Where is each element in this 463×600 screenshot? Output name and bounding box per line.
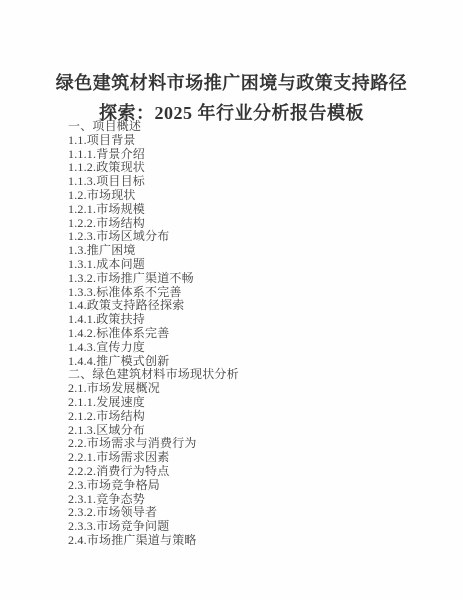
toc-item: 一、项目概述 [68,120,443,134]
toc-item: 2.2.2.消费行为特点 [68,465,443,479]
toc-item: 1.4.3.宣传力度 [68,341,443,355]
document-title-line1: 绿色建筑材料市场推广困境与政策支持路径 [0,68,463,98]
toc-item: 2.3.市场竞争格局 [68,479,443,493]
toc-item: 2.2.1.市场需求因素 [68,451,443,465]
toc-item: 1.3.1.成本问题 [68,258,443,272]
toc-item: 1.3.推广困境 [68,244,443,258]
toc-item: 1.3.2.市场推广渠道不畅 [68,272,443,286]
toc-item: 1.4.1.政策扶持 [68,313,443,327]
toc-item: 2.1.1.发展速度 [68,396,443,410]
toc-item: 1.4.2.标准体系完善 [68,327,443,341]
toc-item: 1.1.3.项目目标 [68,175,443,189]
toc-item: 1.2.市场现状 [68,189,443,203]
document-page: 绿色建筑材料市场推广困境与政策支持路径 探索：2025 年行业分析报告模板 一、… [0,0,463,600]
toc-item: 2.3.3.市场竞争问题 [68,520,443,534]
toc-item: 2.1.2.市场结构 [68,410,443,424]
toc-item: 1.2.1.市场规模 [68,203,443,217]
toc-item: 1.1.项目背景 [68,134,443,148]
toc-item: 2.1.市场发展概况 [68,382,443,396]
table-of-contents: 一、项目概述 1.1.项目背景 1.1.1.背景介绍 1.1.2.政策现状 1.… [68,120,443,548]
toc-item: 2.4.市场推广渠道与策略 [68,534,443,548]
